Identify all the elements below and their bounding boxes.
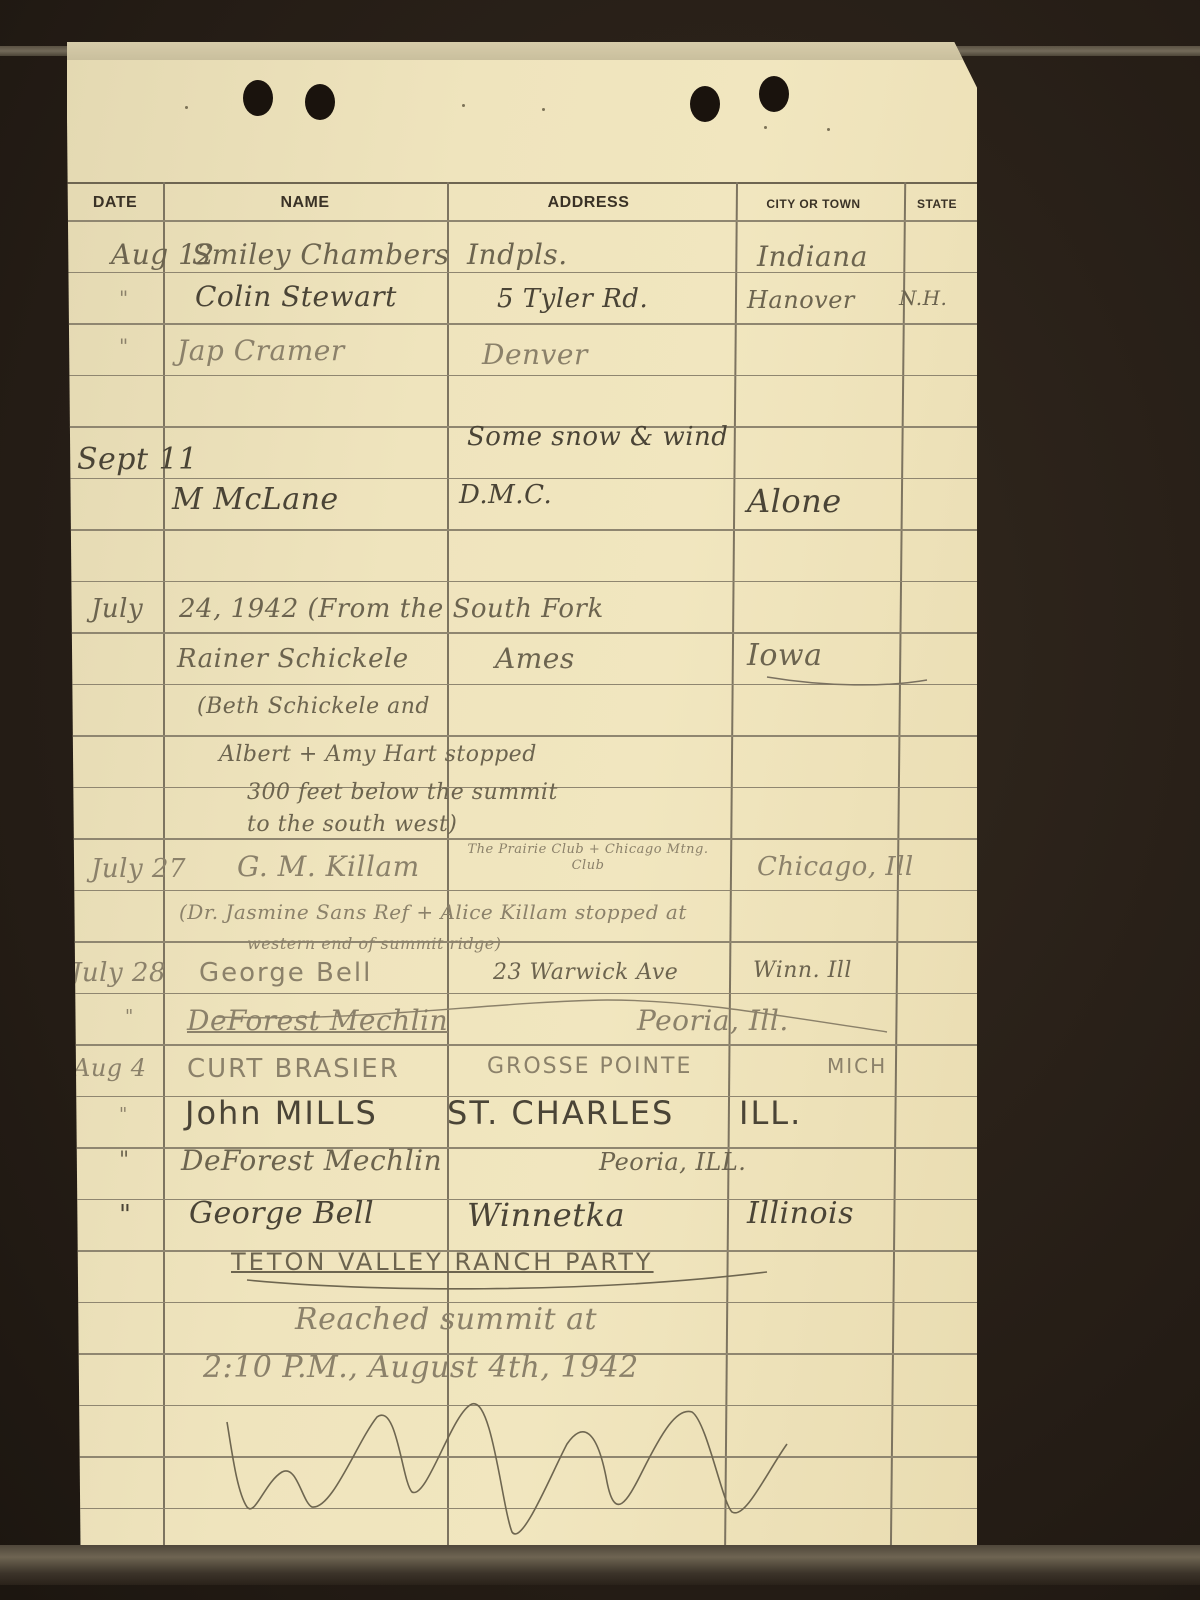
entry-address: GROSSE POINTE (487, 1054, 692, 1079)
ruled-line (67, 1044, 977, 1046)
entry-name: Rainer Schickele (177, 644, 409, 674)
entry-name: M McLane (172, 482, 339, 517)
entry-city: Indiana (757, 240, 868, 273)
entry-date: " (119, 334, 129, 358)
entry-name: G. M. Killam (237, 850, 420, 883)
entry-name: DeForest Mechlin (187, 1004, 448, 1037)
column-header-city: CITY OR TOWN (730, 197, 897, 211)
pin-hole (827, 128, 830, 131)
ruled-line (67, 1456, 977, 1458)
entry-state: N.H. (899, 286, 947, 310)
entry-address: D.M.C. (459, 480, 552, 510)
entry-address: Ames (495, 642, 575, 675)
entry-date: Sept 11 (77, 442, 198, 477)
entry-name: Colin Stewart (195, 280, 397, 313)
entry-note: Some snow & wind (467, 422, 728, 452)
summit-note-line2: 2:10 P.M., August 4th, 1942 (203, 1350, 639, 1385)
ruled-line (67, 890, 977, 892)
ruled-line (67, 375, 977, 377)
ruled-line (67, 478, 977, 480)
column-divider (724, 182, 738, 1562)
entry-name: John MILLS (185, 1094, 378, 1132)
punch-hole (243, 80, 273, 116)
entry-city: Illinois (747, 1196, 854, 1231)
entry-date: July 27 (91, 854, 186, 884)
ruled-line (67, 838, 977, 840)
ruled-line (67, 581, 977, 583)
entry-city: MICH (827, 1054, 887, 1078)
column-header-date: DATE (67, 194, 163, 212)
entry-date: " (119, 1200, 131, 1230)
summit-note-line1: Reached summit at (295, 1302, 597, 1337)
pin-hole (462, 104, 465, 107)
column-header-state: STATE (897, 197, 977, 211)
ruled-line (67, 323, 977, 325)
entry-address: Winnetka (467, 1196, 625, 1234)
punch-hole (305, 84, 335, 120)
entry-address: Indpls. (467, 238, 568, 271)
entry-address: Peoria, ILL. (599, 1148, 746, 1176)
entry-note: 300 feet below the summit (247, 780, 558, 805)
entry-city: Winn. Ill (753, 958, 852, 983)
entry-name: Jap Cramer (177, 334, 345, 367)
entry-note: (Dr. Jasmine Sans Ref + Alice Killam sto… (179, 900, 687, 924)
party-name: TETON VALLEY RANCH PARTY (231, 1248, 654, 1276)
entry-address: 23 Warwick Ave (493, 960, 678, 985)
ruled-line (67, 993, 977, 995)
entry-note: (Beth Schickele and (197, 694, 430, 719)
pin-hole (185, 106, 188, 109)
punch-hole (759, 76, 789, 112)
entry-address: Denver (482, 338, 588, 371)
pin-hole (764, 126, 767, 129)
pin-hole (542, 108, 545, 111)
ruled-line (67, 529, 977, 531)
entry-date: " (119, 286, 129, 310)
ruled-line (67, 1508, 977, 1510)
ruled-line (67, 632, 977, 634)
entry-name: DeForest Mechlin (181, 1144, 442, 1177)
entry-date: " (119, 1148, 130, 1173)
punch-hole (690, 86, 720, 122)
entry-address: Peoria, Ill. (637, 1004, 789, 1037)
entry-note: to the south west) (247, 812, 457, 837)
entry-date: July 28 (71, 958, 166, 988)
entry-name: George Bell (189, 1196, 374, 1231)
entry-date: " (119, 1104, 128, 1125)
summit-register-sheet: DATE NAME ADDRESS CITY OR TOWN STATE Aug… (67, 42, 977, 1562)
entry-city: Alone (747, 482, 842, 520)
entry-address: 5 Tyler Rd. (497, 284, 648, 314)
entry-city: Hanover (747, 286, 855, 314)
entry-date: Aug 4 (73, 1054, 147, 1082)
sheet-binding-strip (67, 42, 977, 60)
entry-city: ILL. (739, 1094, 802, 1132)
register-table: DATE NAME ADDRESS CITY OR TOWN STATE Aug… (67, 182, 977, 1562)
ruled-line (67, 1405, 977, 1407)
entry-name: CURT BRASIER (187, 1054, 400, 1084)
entry-address: The Prairie Club + Chicago Mtng. Club (453, 842, 723, 874)
entry-city: Iowa (747, 638, 822, 673)
column-header-name: NAME (163, 194, 447, 212)
entry-note: Albert + Amy Hart stopped (219, 742, 537, 767)
ruled-line (67, 220, 977, 222)
table-top-rule (67, 182, 977, 184)
ruled-line (67, 735, 977, 737)
entry-address: ST. CHARLES (447, 1094, 674, 1132)
entry-city: Chicago, Ill (757, 852, 914, 882)
ruled-line (67, 684, 977, 686)
entry-note: 24, 1942 (From the South Fork (179, 594, 604, 624)
display-case-glass-edge (0, 1545, 1200, 1585)
column-header-address: ADDRESS (447, 194, 730, 212)
entry-note: western end of summit ridge) (247, 934, 502, 953)
entry-date: " (125, 1006, 134, 1027)
entry-name: Smiley Chambers (192, 238, 449, 271)
entry-name: George Bell (199, 958, 372, 988)
ruled-line (67, 941, 977, 943)
entry-date: July (91, 594, 143, 624)
